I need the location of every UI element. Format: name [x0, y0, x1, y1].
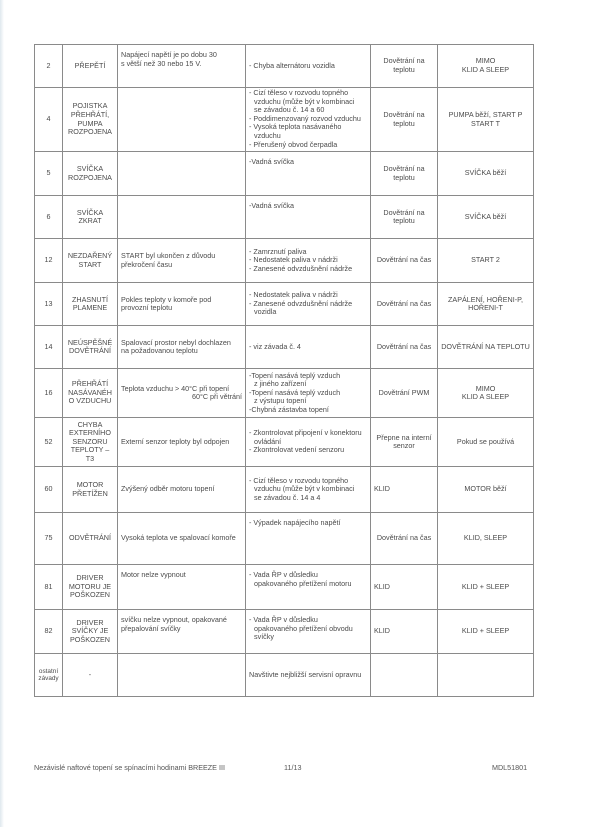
error-causes: - Vada ŘP v důsledkuopakovaného přetížen…	[246, 610, 371, 654]
error-code: 82	[35, 610, 63, 654]
error-code: 12	[35, 239, 63, 283]
heater-reaction: KLID	[371, 565, 438, 610]
footer-page-number: 11/13	[284, 763, 301, 772]
table-row: 2PŘEPĚTÍNapájecí napětí je po dobu 30s v…	[35, 45, 534, 88]
error-causes: - Výpadek napájecího napětí	[246, 513, 371, 565]
error-code: 6	[35, 196, 63, 239]
heater-reaction: Dovětrání PWM	[371, 369, 438, 418]
heater-reaction	[371, 654, 438, 697]
error-causes: -Vadná svíčka	[246, 152, 371, 196]
error-description: svíčku nelze vypnout, opakovanépřepalová…	[118, 610, 246, 654]
table-row: 75ODVĚTRÁNÍVysoká teplota ve spalovací k…	[35, 513, 534, 565]
error-causes: - Zamrznutí paliva- Nedostatek paliva v …	[246, 239, 371, 283]
error-code: 5	[35, 152, 63, 196]
heater-reaction: KLID	[371, 467, 438, 513]
table-row: ostatnízávady-Navštivte nejbližší servis…	[35, 654, 534, 697]
error-name: ZHASNUTÍPLAMENE	[63, 283, 118, 326]
error-causes: - Chyba alternátoru vozidla	[246, 45, 371, 88]
valid-state: PUMPA běží, START PSTART T	[438, 88, 534, 152]
heater-reaction: Dovětrání nateplotu	[371, 45, 438, 88]
valid-state: START 2	[438, 239, 534, 283]
table-row: 12NEZDAŘENÝSTARTSTART byl ukončen z důvo…	[35, 239, 534, 283]
heater-reaction: Dovětrání nateplotu	[371, 196, 438, 239]
error-causes: -Topení nasává teplý vzduchz jiného zaří…	[246, 369, 371, 418]
error-table-body: 2PŘEPĚTÍNapájecí napětí je po dobu 30s v…	[35, 45, 534, 697]
valid-state: MOTOR běží	[438, 467, 534, 513]
error-causes: - Cizí těleso v rozvodu topnéhovzduchu (…	[246, 88, 371, 152]
valid-state: KLID, SLEEP	[438, 513, 534, 565]
scan-edge	[0, 0, 4, 827]
error-name: -	[63, 654, 118, 697]
valid-state: ZAPÁLENÍ, HOŘENI-P,HOŘENI-T	[438, 283, 534, 326]
valid-state: DOVĚTRÁNÍ NA TEPLOTU	[438, 326, 534, 369]
heater-reaction: Dovětrání na čas	[371, 239, 438, 283]
heater-reaction: Dovětrání nateplotu	[371, 88, 438, 152]
error-name: POJISTKAPŘEHŘÁTÍ,PUMPAROZPOJENA	[63, 88, 118, 152]
error-description	[118, 654, 246, 697]
error-description	[118, 88, 246, 152]
table-row: 52CHYBAEXTERNÍHOSENZORUTEPLOTY –T3Extern…	[35, 418, 534, 467]
error-causes: - Cizí těleso v rozvodu topnéhovzduchu (…	[246, 467, 371, 513]
table-row: 14NEÚSPĚŠNÉDOVĚTRÁNÍSpalovací prostor ne…	[35, 326, 534, 369]
heater-reaction: Dovětrání nateplotu	[371, 152, 438, 196]
error-name: PŘEPĚTÍ	[63, 45, 118, 88]
error-description: Motor nelze vypnout	[118, 565, 246, 610]
error-causes: - Vada ŘP v důsledkuopakovaného přetížen…	[246, 565, 371, 610]
heater-reaction: Dovětrání na čas	[371, 283, 438, 326]
error-description: START byl ukončen z důvodupřekročení čas…	[118, 239, 246, 283]
table-row: 4POJISTKAPŘEHŘÁTÍ,PUMPAROZPOJENA- Cizí t…	[35, 88, 534, 152]
error-code: 4	[35, 88, 63, 152]
valid-state: KLID + SLEEP	[438, 565, 534, 610]
error-description: Vysoká teplota ve spalovací komoře	[118, 513, 246, 565]
error-name: DRIVERSVÍČKY JEPOŠKOZEN	[63, 610, 118, 654]
valid-state: KLID + SLEEP	[438, 610, 534, 654]
valid-state	[438, 654, 534, 697]
heater-reaction: KLID	[371, 610, 438, 654]
table-row: 82DRIVERSVÍČKY JEPOŠKOZENsvíčku nelze vy…	[35, 610, 534, 654]
valid-state: SVÍČKA běží	[438, 152, 534, 196]
valid-state: MIMOKLID A SLEEP	[438, 45, 534, 88]
error-name: PŘEHŘÁTÍNASÁVANÉHO VZDUCHU	[63, 369, 118, 418]
error-code: 14	[35, 326, 63, 369]
error-code: 81	[35, 565, 63, 610]
error-description: Spalovací prostor nebyl dochlazenna poža…	[118, 326, 246, 369]
footer-document-title: Nezávislé naftové topení se spínacími ho…	[34, 763, 225, 772]
error-name: ODVĚTRÁNÍ	[63, 513, 118, 565]
error-code-table: 2PŘEPĚTÍNapájecí napětí je po dobu 30s v…	[34, 44, 534, 697]
error-causes: -Vadná svíčka	[246, 196, 371, 239]
heater-reaction: Přepne na internísenzor	[371, 418, 438, 467]
table-row: 5SVÍČKAROZPOJENA-Vadná svíčkaDovětrání n…	[35, 152, 534, 196]
error-description: Zvýšený odběr motoru topení	[118, 467, 246, 513]
error-code: 75	[35, 513, 63, 565]
table-row: 60MOTORPŘETÍŽENZvýšený odběr motoru tope…	[35, 467, 534, 513]
valid-state: Pokud se používá	[438, 418, 534, 467]
valid-state: MIMOKLID A SLEEP	[438, 369, 534, 418]
error-name: CHYBAEXTERNÍHOSENZORUTEPLOTY –T3	[63, 418, 118, 467]
error-causes: Navštivte nejbližší servisní opravnu	[246, 654, 371, 697]
error-name: DRIVERMOTORU JEPOŠKOZEN	[63, 565, 118, 610]
error-causes: - Zkontrolovat připojení v konektoruovlá…	[246, 418, 371, 467]
error-name: NEÚSPĚŠNÉDOVĚTRÁNÍ	[63, 326, 118, 369]
error-name: MOTORPŘETÍŽEN	[63, 467, 118, 513]
error-description: Teplota vzduchu > 40°C při topení60°C př…	[118, 369, 246, 418]
table-row: 13ZHASNUTÍPLAMENEPokles teploty v komoře…	[35, 283, 534, 326]
error-description: Napájecí napětí je po dobu 30s větší než…	[118, 45, 246, 88]
error-causes: - Nedostatek paliva v nádrži- Zanesené o…	[246, 283, 371, 326]
heater-reaction: Dovětrání na čas	[371, 513, 438, 565]
error-code: ostatnízávady	[35, 654, 63, 697]
error-code: 16	[35, 369, 63, 418]
table-row: 16PŘEHŘÁTÍNASÁVANÉHO VZDUCHUTeplota vzdu…	[35, 369, 534, 418]
error-code: 13	[35, 283, 63, 326]
error-name: NEZDAŘENÝSTART	[63, 239, 118, 283]
heater-reaction: Dovětrání na čas	[371, 326, 438, 369]
error-causes: - viz závada č. 4	[246, 326, 371, 369]
footer-document-code: MDL51801	[492, 763, 527, 772]
error-code: 60	[35, 467, 63, 513]
error-description: Externí senzor teploty byl odpojen	[118, 418, 246, 467]
table-row: 6SVÍČKAZKRAT-Vadná svíčkaDovětrání natep…	[35, 196, 534, 239]
error-name: SVÍČKAZKRAT	[63, 196, 118, 239]
error-description: Pokles teploty v komoře podprovozní tepl…	[118, 283, 246, 326]
error-code: 52	[35, 418, 63, 467]
error-description	[118, 152, 246, 196]
table-row: 81DRIVERMOTORU JEPOŠKOZENMotor nelze vyp…	[35, 565, 534, 610]
error-description	[118, 196, 246, 239]
valid-state: SVÍČKA běží	[438, 196, 534, 239]
error-code: 2	[35, 45, 63, 88]
error-name: SVÍČKAROZPOJENA	[63, 152, 118, 196]
